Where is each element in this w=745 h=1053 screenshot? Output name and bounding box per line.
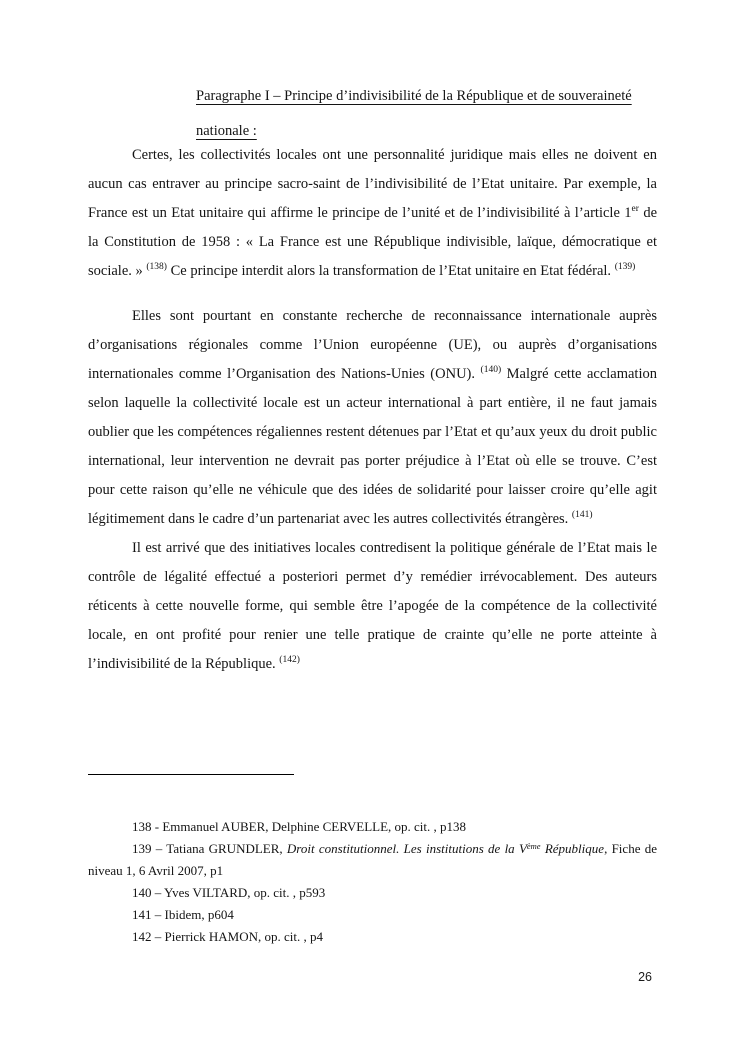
paragraph-1: Certes, les collectivités locales ont un…: [88, 141, 657, 286]
footnote-140: 140 – Yves VILTARD, op. cit. , p593: [88, 882, 657, 904]
footnote-reference-139: (139): [615, 262, 636, 272]
footnote-141: 141 – Ibidem, p604: [88, 904, 657, 926]
paragraph-2: Elles sont pourtant en constante recherc…: [88, 302, 657, 534]
text-run: 139 – Tatiana GRUNDLER,: [132, 841, 287, 856]
document-page: Paragraphe I – Principe d’indivisibilité…: [0, 0, 745, 1053]
footnote-reference-138: (138): [146, 262, 167, 272]
footnote-reference-142: (142): [279, 655, 300, 665]
footnote-138: 138 - Emmanuel AUBER, Delphine CERVELLE,…: [88, 816, 657, 838]
page-number: 26: [638, 970, 652, 984]
ordinal-superscript: ème: [527, 841, 541, 851]
footnote-reference-140: (140): [481, 365, 502, 375]
text-run: Il est arrivé que des initiatives locale…: [88, 540, 657, 672]
footnote-reference-141: (141): [572, 510, 593, 520]
italic-title-run: République: [541, 841, 604, 856]
section-heading-text: Paragraphe I – Principe d’indivisibilité…: [196, 88, 632, 139]
text-run: 140 – Yves VILTARD, op. cit. , p593: [132, 885, 325, 900]
footnotes-section: 138 - Emmanuel AUBER, Delphine CERVELLE,…: [88, 816, 657, 948]
footnote-139: 139 – Tatiana GRUNDLER, Droit constituti…: [88, 838, 657, 882]
paragraph-3: Il est arrivé que des initiatives locale…: [88, 534, 657, 679]
text-run: Malgré cette acclamation selon laquelle …: [88, 366, 657, 527]
text-run: Ce principe interdit alors la transforma…: [167, 263, 615, 279]
footnote-142: 142 – Pierrick HAMON, op. cit. , p4: [88, 926, 657, 948]
text-run: 142 – Pierrick HAMON, op. cit. , p4: [132, 929, 323, 944]
italic-title-run: Droit constitutionnel. Les institutions …: [287, 841, 527, 856]
text-run: Certes, les collectivités locales ont un…: [88, 147, 657, 221]
section-heading: Paragraphe I – Principe d’indivisibilité…: [196, 79, 660, 149]
footnote-separator: [88, 774, 294, 775]
text-run: 141 – Ibidem, p604: [132, 907, 234, 922]
text-run: 138 - Emmanuel AUBER, Delphine CERVELLE,…: [132, 819, 466, 834]
ordinal-superscript: er: [632, 204, 639, 214]
